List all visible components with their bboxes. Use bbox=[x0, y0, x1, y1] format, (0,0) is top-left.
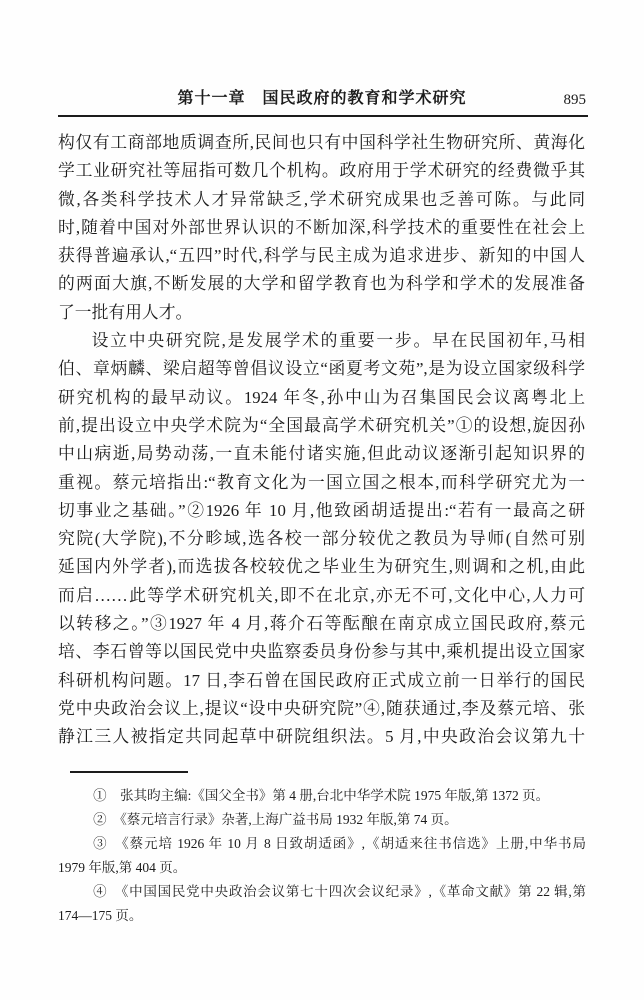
text-line: ③ 《蔡元培 1926 年 10 月 8 日致胡适函》,《胡适来往书信选》上册,… bbox=[58, 832, 586, 856]
text-line: 时,随着中国对外部世界认识的不断加深,科学技术的重要性在社会上 bbox=[58, 214, 585, 242]
text-line: 的两面大旗,不断发展的大学和留学教育也为科学和学术的发展准备 bbox=[58, 270, 585, 298]
text-line: 研究机构的最早动议。1924 年冬,孙中山为召集国民会议离粤北上 bbox=[58, 384, 585, 412]
footnote-item: ② 《蔡元培言行录》杂著,上海广益书局 1932 年版,第 74 页。 bbox=[58, 808, 586, 832]
text-line: 了一批有用人才。 bbox=[58, 299, 585, 327]
text-line: 究院(大学院),不分畛域,选各校一部分较优之教员为导师(自然可别 bbox=[58, 525, 585, 553]
text-line: 学工业研究社等屈指可数几个机构。政府用于学术研究的经费微乎其 bbox=[58, 157, 585, 185]
text-line: 科研机构问题。17 日,李石曾在国民政府正式成立前一日举行的国民 bbox=[58, 667, 585, 695]
paragraph: 构仅有工商部地质调查所,民间也只有中国科学社生物研究所、黄海化学工业研究社等屈指… bbox=[58, 129, 585, 327]
text-line: 静江三人被指定共同起草中研院组织法。5 月,中央政治会议第九十 bbox=[58, 723, 585, 751]
paragraph: 设立中央研究院,是发展学术的重要一步。早在民国初年,马相伯、章炳麟、梁启超等曾倡… bbox=[58, 327, 585, 751]
text-line: 重视。蔡元培指出:“教育文化为一国立国之根本,而科学研究尤为一 bbox=[58, 469, 585, 497]
text-line: 设立中央研究院,是发展学术的重要一步。早在民国初年,马相 bbox=[58, 327, 585, 355]
footnote-item: ③ 《蔡元培 1926 年 10 月 8 日致胡适函》,《胡适来往书信选》上册,… bbox=[58, 832, 586, 880]
text-line: 1979 年版,第 404 页。 bbox=[58, 856, 586, 880]
text-line: ② 《蔡元培言行录》杂著,上海广益书局 1932 年版,第 74 页。 bbox=[58, 808, 586, 832]
text-line: 前,提出设立中央学术院为“全国最高学术研究机关”①的设想,旋因孙 bbox=[58, 412, 585, 440]
footnote-item: ① 张其昀主编:《国父全书》第 4 册,台北中华学术院 1975 年版,第 13… bbox=[58, 784, 586, 808]
text-line: 切事业之基础。”②1926 年 10 月,他致函胡适提出:“若有一最高之研 bbox=[58, 497, 585, 525]
page-number: 895 bbox=[564, 90, 587, 110]
page-header: 第十一章 国民政府的教育和学术研究 895 bbox=[58, 88, 586, 110]
footnotes: ① 张其昀主编:《国父全书》第 4 册,台北中华学术院 1975 年版,第 13… bbox=[58, 784, 586, 928]
text-line: 培、李石曾等以国民党中央监察委员身份参与其中,乘机提出设立国家 bbox=[58, 638, 585, 666]
text-line: 174—175 页。 bbox=[58, 904, 586, 928]
footnote-separator-rule bbox=[70, 771, 188, 773]
text-line: 延国内外学者),而选拔各校较优之毕业生为研究生,则调和之机,由此 bbox=[58, 553, 585, 581]
text-line: 中山病逝,局势动荡,一直未能付诸实施,但此动议逐渐引起知识界的 bbox=[58, 440, 585, 468]
text-line: 党中央政治会议上,提议“设中央研究院”④,随获通过,李及蔡元培、张 bbox=[58, 695, 585, 723]
text-line: 微,各类科学技术人才异常缺乏,学术研究成果也乏善可陈。与此同 bbox=[58, 186, 585, 214]
text-line: 而启……此等学术研究机关,即不在北京,亦无不可,文化中心,人力可 bbox=[58, 582, 585, 610]
footnote-item: ④ 《中国国民党中央政治会议第七十四次会议纪录》,《革命文献》第 22 辑,第1… bbox=[58, 880, 586, 928]
body-text: 构仅有工商部地质调查所,民间也只有中国科学社生物研究所、黄海化学工业研究社等屈指… bbox=[58, 129, 585, 752]
text-line: 构仅有工商部地质调查所,民间也只有中国科学社生物研究所、黄海化 bbox=[58, 129, 585, 157]
text-line: ④ 《中国国民党中央政治会议第七十四次会议纪录》,《革命文献》第 22 辑,第 bbox=[58, 880, 586, 904]
text-line: 以转移之。”③1927 年 4 月,蒋介石等酝酿在南京成立国民政府,蔡元 bbox=[58, 610, 585, 638]
chapter-title: 第十一章 国民政府的教育和学术研究 bbox=[58, 88, 586, 110]
text-line: ① 张其昀主编:《国父全书》第 4 册,台北中华学术院 1975 年版,第 13… bbox=[58, 784, 586, 808]
header-rule bbox=[58, 115, 588, 117]
book-page: 第十一章 国民政府的教育和学术研究 895 构仅有工商部地质调查所,民间也只有中… bbox=[0, 0, 644, 1000]
text-line: 获得普遍承认,“五四”时代,科学与民主成为追求进步、新知的中国人 bbox=[58, 242, 585, 270]
text-line: 伯、章炳麟、梁启超等曾倡议设立“函夏考文苑”,是为设立国家级科学 bbox=[58, 355, 585, 383]
